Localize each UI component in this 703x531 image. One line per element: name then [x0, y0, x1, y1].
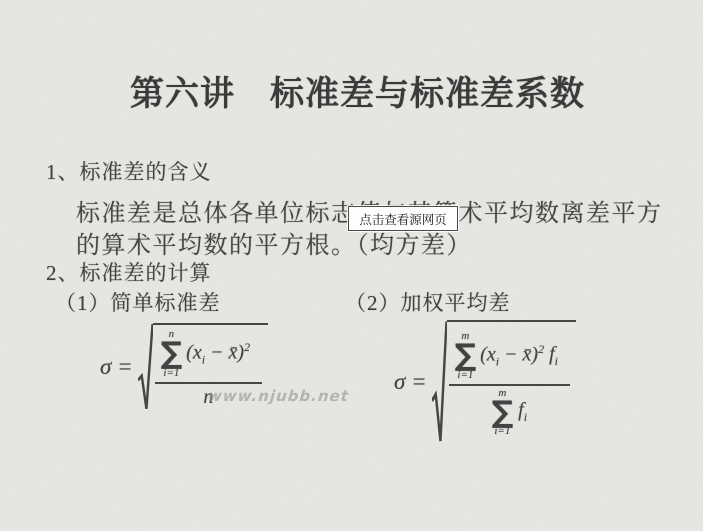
sum-lower-limit: i=1	[457, 370, 473, 381]
sigma-sum-icon: ∑	[492, 400, 514, 426]
frequency-weight: fi	[518, 399, 527, 425]
formula-weighted-stddev: σ = m ∑ i=1 (xi − x̄)2 fi	[394, 320, 576, 444]
radical-icon	[432, 320, 447, 444]
slide-title: 第六讲 标准差与标准差系数	[130, 66, 585, 115]
heading-stddev-meaning: 1、标准差的含义	[46, 156, 212, 186]
frequency-weight: fi	[549, 343, 558, 369]
subheading-weighted-stddev: （2）加权平均差	[345, 287, 511, 317]
fraction-denominator: m ∑ i=1 fi	[449, 384, 570, 438]
summation-symbol: n ∑ i=1	[161, 329, 183, 379]
sigma-sum-icon: ∑	[161, 341, 183, 367]
sigma-equals: σ =	[100, 354, 133, 380]
slide: 第六讲 标准差与标准差系数 1、标准差的含义 标准差是总体各单位标志值与其算术平…	[0, 0, 703, 531]
radicand: m ∑ i=1 (xi − x̄)2 fi m ∑ i=1 fi	[447, 320, 576, 444]
sum-lower-limit: i=1	[163, 368, 179, 379]
square-root: m ∑ i=1 (xi − x̄)2 fi m ∑ i=1 fi	[432, 320, 576, 444]
radical-icon	[138, 323, 153, 411]
subheading-simple-stddev: （1）简单标准差	[55, 287, 221, 317]
deviation-squared-expression: (xi − x̄)2	[480, 342, 544, 370]
deviation-squared-expression: (xi − x̄)2	[186, 340, 250, 368]
fraction-numerator: n ∑ i=1 (xi − x̄)2	[155, 329, 262, 382]
watermark: www.njubb.net	[207, 387, 350, 405]
view-source-tooltip[interactable]: 点击查看源网页	[348, 206, 458, 231]
sigma-equals: σ =	[394, 369, 427, 395]
sum-lower-limit: i=1	[494, 426, 510, 437]
heading-stddev-calculation: 2、标准差的计算	[46, 257, 212, 287]
fraction-numerator: m ∑ i=1 (xi − x̄)2 fi	[449, 331, 570, 384]
summation-symbol: m ∑ i=1	[492, 388, 514, 438]
sigma-sum-icon: ∑	[455, 343, 477, 369]
summation-symbol: m ∑ i=1	[455, 331, 477, 381]
fraction: m ∑ i=1 (xi − x̄)2 fi m ∑ i=1 fi	[449, 331, 570, 437]
